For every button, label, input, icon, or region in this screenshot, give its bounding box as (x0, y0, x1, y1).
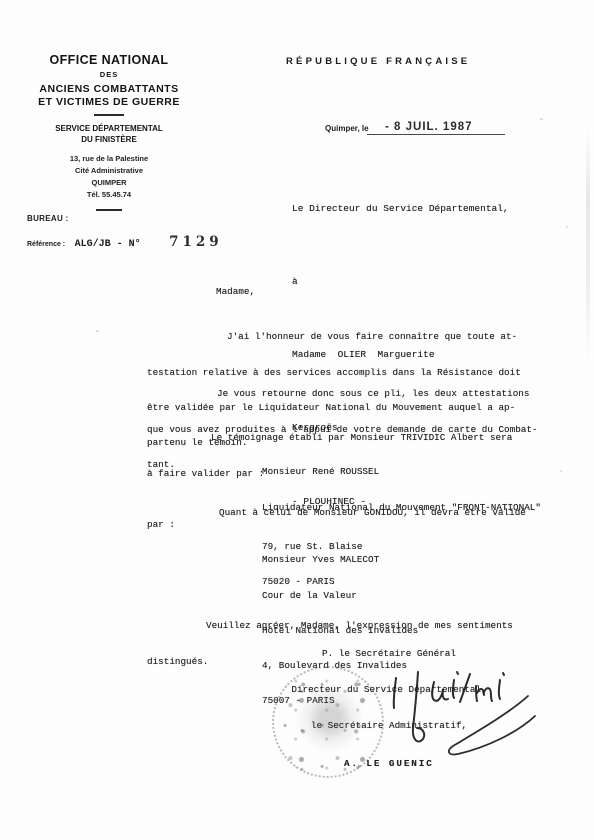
org-name-line-2: DES (18, 70, 200, 79)
paragraph-1-line: J'ai l'honneur de vous faire connaître q… (147, 331, 521, 343)
reference-line: Référence : ALG/JB - N° 7129 (27, 233, 223, 251)
scan-artifact (540, 118, 543, 120)
department-line-2: DU FINISTÈRE (18, 135, 200, 146)
date-line: Quimper, le - 8 JUIL. 1987 (325, 112, 537, 136)
letterhead-building: Cité Administrative (18, 165, 200, 177)
org-name-line-1: OFFICE NATIONAL (18, 53, 200, 67)
letterhead-divider-2 (96, 209, 122, 211)
reference-number-stamp: 7129 (169, 234, 223, 250)
salutation: Madame, (216, 286, 255, 298)
letterhead-phone: Tél. 55.45.74 (18, 189, 200, 201)
handwritten-signature (378, 666, 543, 761)
paragraph-4-line: par : (147, 519, 175, 531)
letterhead: OFFICE NATIONAL DES ANCIENS COMBATTANTS … (18, 53, 200, 211)
sender-title-line: Le Directeur du Service Départemental, (292, 197, 509, 221)
recipient-a-line: à (292, 270, 509, 294)
signer-name: A. LE GUENIC (344, 758, 434, 770)
letterhead-divider (94, 114, 124, 116)
place-date-label: Quimper, le (325, 124, 369, 133)
scan-artifact (566, 226, 568, 228)
address-line: Monsieur René ROUSSEL (262, 466, 541, 478)
org-name-line-3: ANCIENS COMBATTANTS (18, 83, 200, 95)
date-stamp: - 8 JUIL. 1987 (385, 121, 473, 133)
reference-code: ALG/JB - N° (75, 239, 141, 250)
letterhead-street: 13, rue de la Palestine (18, 153, 200, 165)
org-name-line-4: ET VICTIMES DE GUERRE (18, 96, 200, 108)
reference-label: Référence : (27, 241, 65, 248)
scanned-letter-page: OFFICE NATIONAL DES ANCIENS COMBATTANTS … (0, 0, 594, 840)
paragraph-4-line: Quant à celui de Monsieur GONIDOU, il de… (147, 507, 526, 519)
signature-title-line: P. le Secrétaire Général (278, 648, 500, 660)
scan-smudge (586, 128, 590, 363)
paragraph-2-line: Je vous retourne donc sous ce pli, les d… (147, 388, 538, 400)
department-line-1: SERVICE DÉPARTEMENTAL (18, 124, 200, 135)
address-line: Monsieur Yves MALECOT (262, 554, 418, 566)
letterhead-city: QUIMPER (18, 177, 200, 189)
scan-artifact (96, 330, 99, 332)
scan-artifact (560, 470, 562, 472)
republique-francaise-heading: RÉPUBLIQUE FRANÇAISE (286, 56, 470, 67)
date-underline (367, 134, 505, 135)
bureau-label: BUREAU : (27, 214, 69, 223)
